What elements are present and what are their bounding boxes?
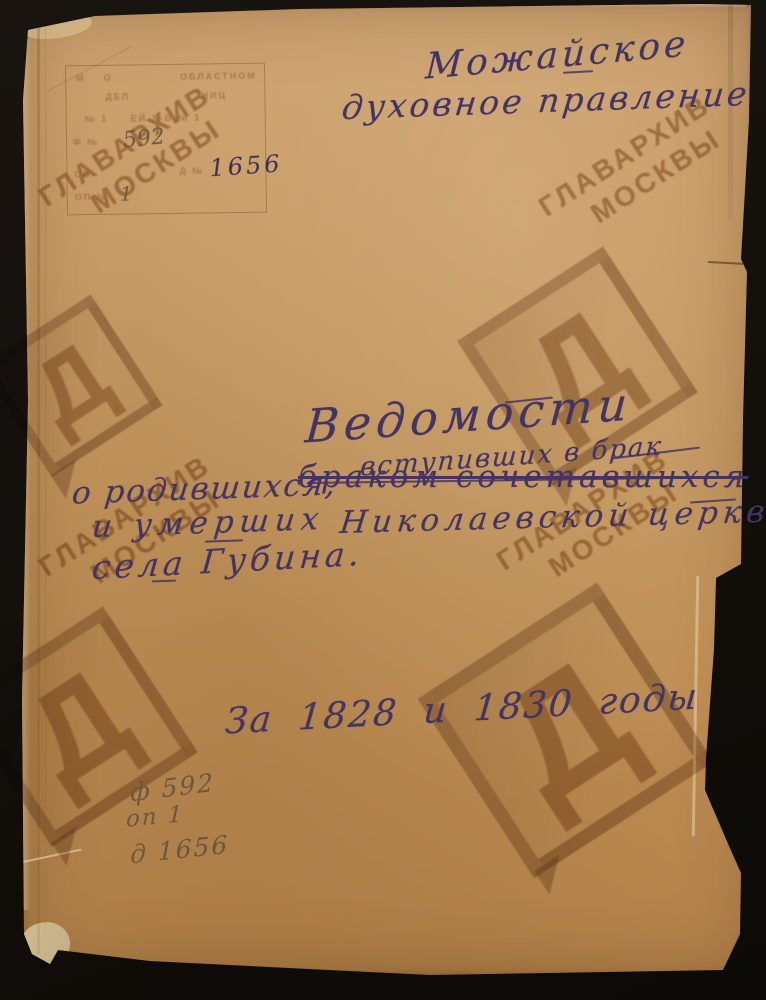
stamp-opis-number: 1	[120, 181, 133, 205]
torn-top-left-corner	[21, 7, 94, 42]
stamp-fond-label: Ф №	[73, 137, 99, 147]
stamp-opis-label: ОП №	[75, 192, 109, 202]
stamp-svyazka-label: СВ	[74, 169, 91, 179]
scanned-document: ГЛАВАРХИВМОСКВЫ Д ГЛАВАРХИВМОСКВЫ Д ГЛАВ…	[0, 0, 766, 1000]
stamp-printed-text: НИЦ	[201, 90, 227, 100]
stamp-delo-number: 1656	[209, 149, 284, 182]
spine-crease-secondary	[45, 24, 46, 934]
title-struck-marriage-words: браком сочетавшихся	[298, 459, 748, 495]
torn-left-edge-highlight	[20, 40, 31, 910]
stamp-printed-text: № 1 ЕЙ Х-В № 1	[85, 113, 202, 125]
top-edge-highlight	[26, 4, 746, 8]
stamp-printed-text: М О	[76, 73, 113, 84]
right-edge-tear-mark	[708, 261, 746, 265]
torn-bottom-left-corner	[16, 916, 75, 973]
spine-crease	[37, 4, 40, 954]
stamp-fond-number: 592	[122, 124, 166, 153]
stamp-printed-text: ОБЛАСТНОМ	[180, 71, 257, 82]
pencil-opis-note: оп 1	[126, 803, 185, 831]
stamp-printed-text: ДЕЛ	[105, 91, 130, 101]
archive-registration-stamp: М О ОБЛАСТНОМ ДЕЛ НИЦ № 1 ЕЙ Х-В № 1 Ф №…	[65, 63, 267, 216]
stamp-delo-label: Д №	[179, 165, 204, 175]
